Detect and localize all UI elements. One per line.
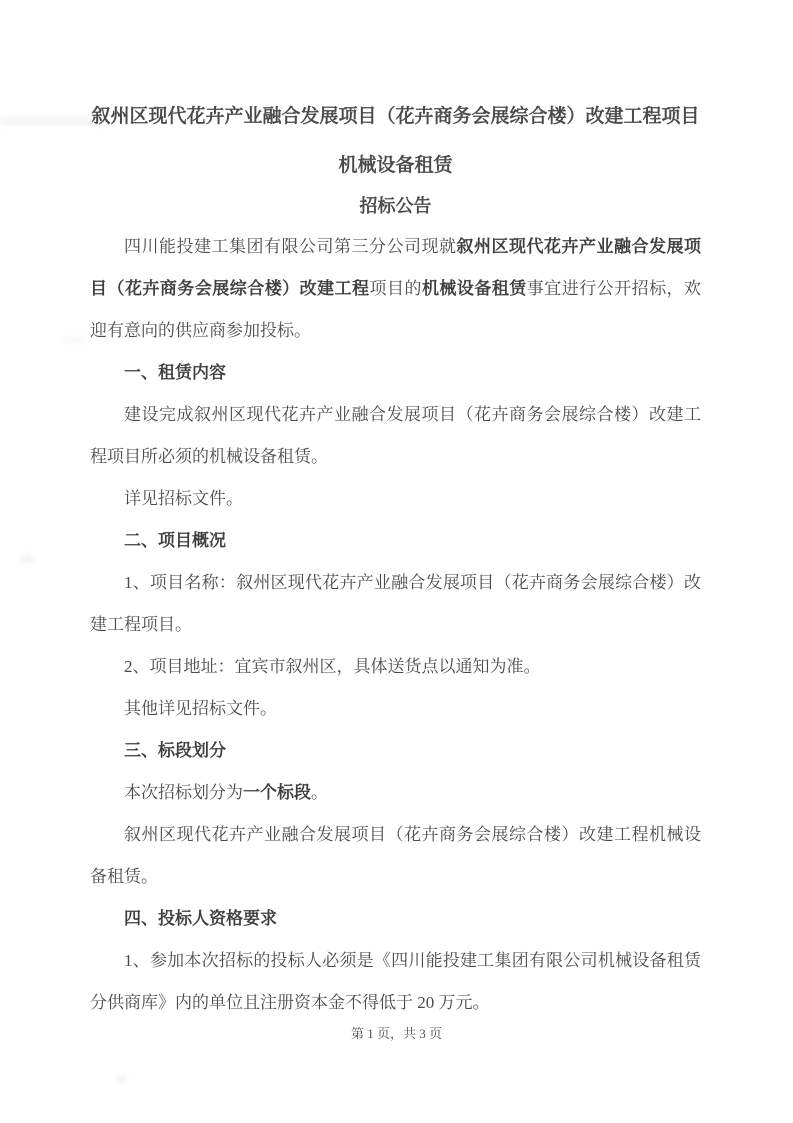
scan-artifact bbox=[20, 556, 34, 562]
section3-run-1: 本次招标划分为 bbox=[124, 783, 243, 802]
section4-heading: 四、投标人资格要求 bbox=[90, 898, 701, 940]
scan-artifact bbox=[118, 1076, 126, 1081]
section2-heading: 二、项目概况 bbox=[90, 520, 701, 562]
section4-item-1: 1、参加本次招标的投标人必须是《四川能投建工集团有限公司机械设备租赁分供商库》内… bbox=[90, 940, 701, 1024]
scan-artifact bbox=[60, 338, 86, 342]
section1-heading: 一、租赁内容 bbox=[90, 352, 701, 394]
section3-run-2-bold: 一个标段 bbox=[243, 783, 311, 802]
section2-item-2: 2、项目地址：宜宾市叙州区，具体送货点以通知为准。 bbox=[90, 646, 701, 688]
section3-paragraph-1: 本次招标划分为一个标段。 bbox=[90, 772, 701, 814]
section1-paragraph-1: 建设完成叙州区现代花卉产业融合发展项目（花卉商务会展综合楼）改建工程项目所必须的… bbox=[90, 394, 701, 478]
document-content: 叙州区现代花卉产业融合发展项目（花卉商务会展综合楼）改建工程项目 机械设备租赁 … bbox=[90, 98, 701, 1024]
document-title-line1: 叙州区现代花卉产业融合发展项目（花卉商务会展综合楼）改建工程项目 bbox=[90, 98, 701, 136]
document-title-line2: 机械设备租赁 bbox=[90, 147, 701, 185]
document-subtitle: 招标公告 bbox=[90, 187, 701, 225]
section1-paragraph-2: 详见招标文件。 bbox=[90, 478, 701, 520]
intro-paragraph: 四川能投建工集团有限公司第三分公司现就叙州区现代花卉产业融合发展项目（花卉商务会… bbox=[90, 226, 701, 352]
document-body: 四川能投建工集团有限公司第三分公司现就叙州区现代花卉产业融合发展项目（花卉商务会… bbox=[90, 226, 701, 1024]
intro-run-4-bold: 机械设备租赁 bbox=[422, 279, 527, 298]
section3-run-3: 。 bbox=[311, 783, 328, 802]
intro-run-1: 四川能投建工集团有限公司第三分公司现就 bbox=[124, 237, 457, 256]
page-number: 第 1 页，共 3 页 bbox=[0, 1024, 793, 1044]
document-page: 叙州区现代花卉产业融合发展项目（花卉商务会展综合楼）改建工程项目 机械设备租赁 … bbox=[0, 0, 793, 1123]
section2-note: 其他详见招标文件。 bbox=[90, 688, 701, 730]
section3-heading: 三、标段划分 bbox=[90, 730, 701, 772]
intro-run-3: 项目的 bbox=[370, 279, 422, 298]
section2-item-1: 1、项目名称：叙州区现代花卉产业融合发展项目（花卉商务会展综合楼）改建工程项目。 bbox=[90, 562, 701, 646]
section3-paragraph-2: 叙州区现代花卉产业融合发展项目（花卉商务会展综合楼）改建工程机械设备租赁。 bbox=[90, 814, 701, 898]
